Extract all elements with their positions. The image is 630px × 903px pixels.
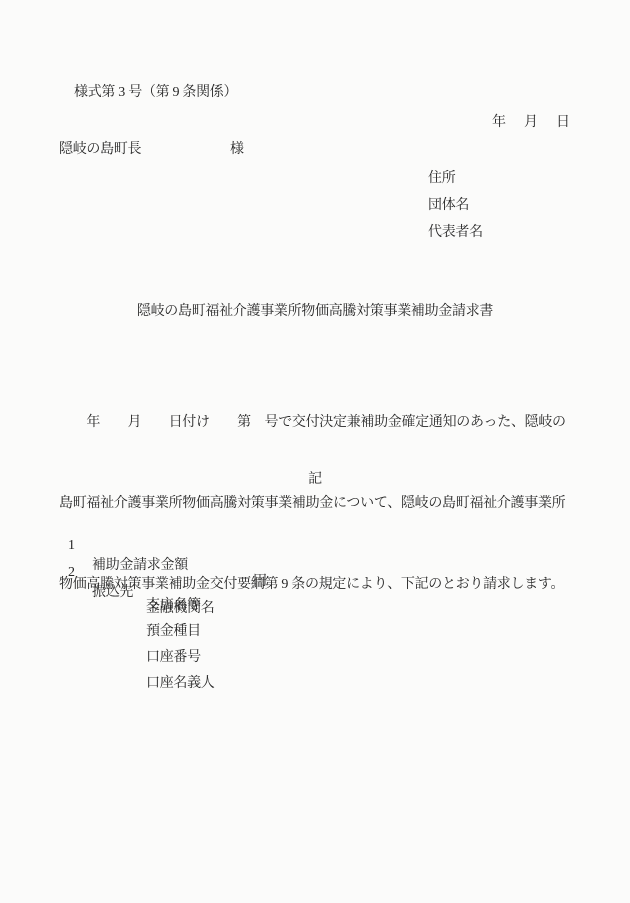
account-type-row: 預金種目 [0,604,630,620]
body-line-1: 年 月 日付け 第 号で交付決定兼補助金確定通知のあった、隠岐の [59,409,579,436]
addressee-honorific: 様 [230,138,244,158]
item-2-row: 2 振込先 金融機関名 [0,549,630,565]
branch-name-row: 支店名等 [0,578,630,594]
record-mark: 記 [0,468,630,488]
form-number: 様式第 3 号（第 9 条関係） [74,81,237,101]
date-placeholder: 年 月 日 [492,111,572,131]
addressee-name: 隠岐の島町長 [59,138,141,158]
account-holder-row: 口座名義人 [0,656,630,672]
body-line-2: 島町福祉介護事業所物価高騰対策事業補助金について、隠岐の島町福祉介護事業所 [59,490,579,517]
sender-representative-label: 代表者名 [428,221,483,241]
account-number-row: 口座番号 [0,630,630,646]
account-holder-label: 口座名義人 [146,672,215,692]
sender-address-label: 住所 [428,167,455,187]
item-1-row: 1 補助金請求金額 円 [0,522,630,538]
document-page: 様式第 3 号（第 9 条関係） 年 月 日 隠岐の島町長 様 住所 団体名 代… [0,0,630,903]
document-title: 隠岐の島町福祉介護事業所物価高騰対策事業補助金請求書 [0,300,630,320]
sender-organization-label: 団体名 [428,194,469,214]
